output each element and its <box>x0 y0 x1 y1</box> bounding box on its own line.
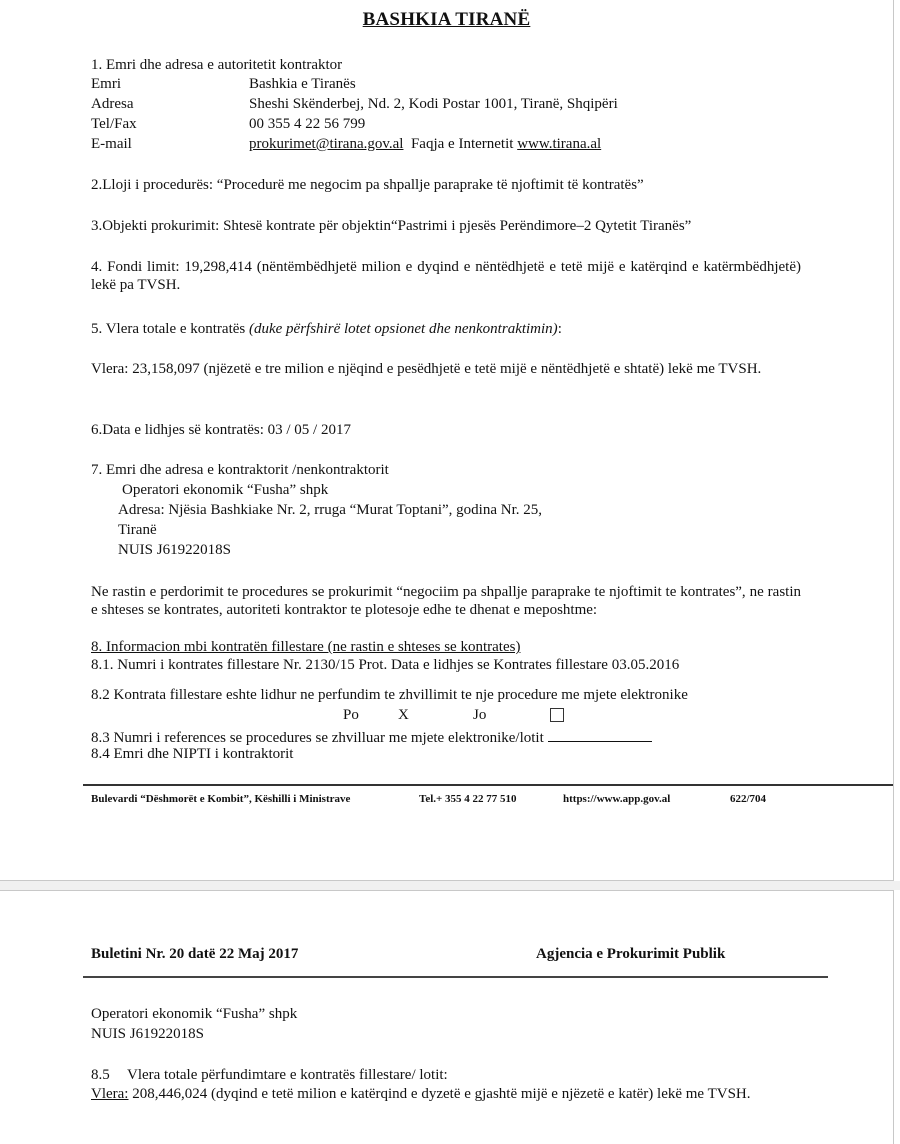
section-7-heading: 7. Emri dhe adresa e kontraktorit /nenko… <box>91 461 389 479</box>
section-5-label: 5. Vlera totale e kontratës <box>91 321 245 337</box>
contact-line: prokurimet@tirana.gov.al Faqja e Interne… <box>249 135 601 153</box>
name-label: Emri <box>91 75 121 93</box>
address-label: Adresa <box>91 95 133 113</box>
final-value-text: 208,446,024 (dyqind e tetë milion e katë… <box>128 1086 750 1102</box>
footer-divider <box>83 784 893 786</box>
section-4-fund-limit: 4. Fondi limit: 19,298,414 (nëntëmbëdhje… <box>91 258 801 294</box>
reference-blank-field[interactable] <box>548 727 652 742</box>
option-jo-label: Jo <box>473 706 486 724</box>
option-po-mark[interactable]: X <box>398 706 409 724</box>
header-divider <box>83 976 828 978</box>
option-jo-checkbox[interactable] <box>550 708 564 722</box>
telfax-label: Tel/Fax <box>91 115 137 133</box>
contractor-city: Tiranë <box>118 521 157 539</box>
footer-tel: Tel.+ 355 4 22 77 510 <box>419 793 517 805</box>
agency-header: Agjencia e Prokurimit Publik <box>536 946 725 963</box>
section-5-total-value: 5. Vlera totale e kontratës (duke përfsh… <box>91 320 562 338</box>
page-gap <box>0 881 900 890</box>
document-page-1: BASHKIA TIRANË 1. Emri dhe adresa e auto… <box>0 0 894 881</box>
item-8-2: 8.2 Kontrata fillestare eshte lidhur ne … <box>91 686 688 704</box>
section-8-heading: 8. Informacion mbi kontratën fillestare … <box>91 638 520 656</box>
contractor-operator: Operatori ekonomik “Fusha” shpk <box>122 481 328 499</box>
item-8-4: 8.4 Emri dhe NIPTI i kontraktorit <box>91 745 293 763</box>
footer-address: Bulevardi “Dëshmorët e Kombit”, Këshilli… <box>91 793 350 805</box>
option-po-label: Po <box>343 706 359 724</box>
item-8-5-text: Vlera totale përfundimtare e kontratës f… <box>127 1066 448 1084</box>
website-link[interactable]: www.tirana.al <box>517 136 601 152</box>
telfax-value: 00 355 4 22 56 799 <box>249 115 365 133</box>
section-1-heading: 1. Emri dhe adresa e autoritetit kontrak… <box>91 56 342 74</box>
final-value-label: Vlera: <box>91 1086 128 1102</box>
section-5-note: (duke përfshirë lotet opsionet dhe nenko… <box>249 321 558 337</box>
section-2-procedure-type: 2.Lloji i procedurës: “Procedurë me nego… <box>91 176 644 194</box>
item-8-1: 8.1. Numri i kontrates fillestare Nr. 21… <box>91 656 679 674</box>
section-6-contract-date: 6.Data e lidhjes së kontratës: 03 / 05 /… <box>91 421 351 439</box>
footer-page-number: 622/704 <box>730 793 766 805</box>
email-link[interactable]: prokurimet@tirana.gov.al <box>249 136 403 152</box>
item-8-3-label: 8.3 Numri i references se procedures se … <box>91 730 544 746</box>
contract-value: Vlera: 23,158,097 (njëzetë e tre milion … <box>91 360 801 378</box>
email-label: E-mail <box>91 135 132 153</box>
notice-paragraph: Ne rastin e perdorimit te procedures se … <box>91 583 801 619</box>
bulletin-header: Buletini Nr. 20 datë 22 Maj 2017 <box>91 946 298 963</box>
section-5-suffix: : <box>558 321 562 337</box>
section-3-procurement-object: 3.Objekti prokurimit: Shtesë kontrate pë… <box>91 217 691 235</box>
contractor-nuis: NUIS J61922018S <box>118 541 231 559</box>
item-8-5-number: 8.5 <box>91 1066 110 1084</box>
page2-operator: Operatori ekonomik “Fusha” shpk <box>91 1005 297 1023</box>
page2-nuis: NUIS J61922018S <box>91 1025 204 1043</box>
footer-url[interactable]: https://www.app.gov.al <box>563 793 670 805</box>
name-value: Bashkia e Tiranës <box>249 75 356 93</box>
website-label: Faqja e Internetit <box>411 136 513 152</box>
final-value: Vlera: 208,446,024 (dyqind e tetë milion… <box>91 1085 801 1103</box>
item-8-3: 8.3 Numri i references se procedures se … <box>91 727 652 747</box>
page-title: BASHKIA TIRANË <box>0 11 893 29</box>
contractor-address: Adresa: Njësia Bashkiake Nr. 2, rruga “M… <box>118 501 542 519</box>
address-value: Sheshi Skënderbej, Nd. 2, Kodi Postar 10… <box>249 95 618 113</box>
